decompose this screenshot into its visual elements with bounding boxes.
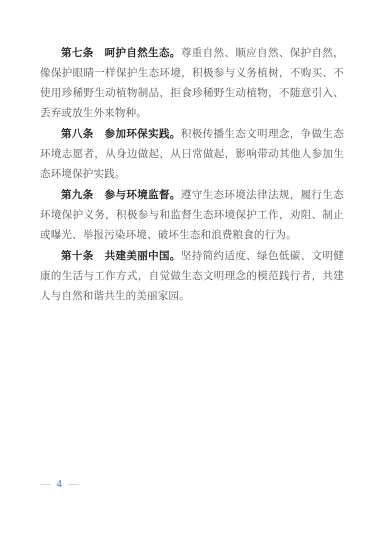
page-number-dash-right: — [68, 479, 79, 490]
document-page: 第七条 呵护自然生态。尊重自然、顺应自然、保护自然，像保护眼睛一样保护生态环境，… [0, 0, 384, 541]
document-paragraph: 第九条 参与环境监督。遵守生态环境法律法规，履行生态环境保护义务，积极参与和监督… [40, 185, 344, 246]
document-content: 第七条 呵护自然生态。尊重自然、顺应自然、保护自然，像保护眼睛一样保护生态环境，… [40, 43, 344, 307]
document-paragraph: 第十条 共建美丽中国。坚持简约适度、绿色低碳、文明健康的生活与工作方式，自觉做生… [40, 246, 344, 307]
document-paragraph: 第七条 呵护自然生态。尊重自然、顺应自然、保护自然，像保护眼睛一样保护生态环境，… [40, 43, 344, 124]
page-number-value: 4 [57, 479, 62, 490]
page-number-dash-left: — [40, 479, 51, 490]
article-heading: 第七条 呵护自然生态。 [61, 47, 181, 59]
document-paragraph: 第八条 参加环保实践。积极传播生态文明理念，争做生态环境志愿者，从身边做起，从日… [40, 124, 344, 185]
article-heading: 第九条 参与环境监督。 [61, 189, 181, 201]
article-heading: 第十条 共建美丽中国。 [61, 250, 181, 262]
page-number: —4— [40, 479, 78, 491]
article-heading: 第八条 参加环保实践。 [61, 128, 181, 140]
